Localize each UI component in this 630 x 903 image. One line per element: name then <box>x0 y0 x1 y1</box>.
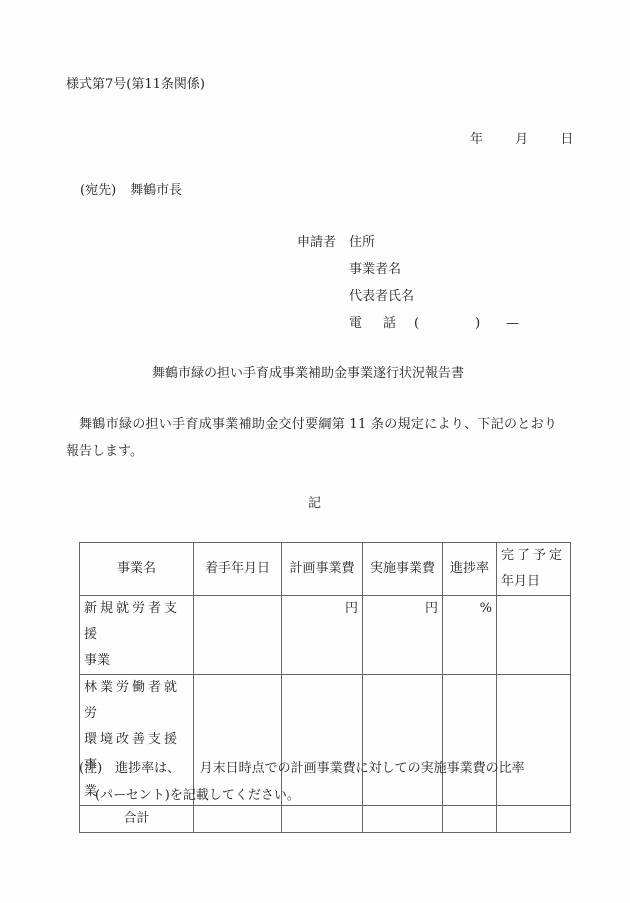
ki-heading: 記 <box>308 497 321 510</box>
header-completion-date: 完了予定 年月日 <box>497 543 571 596</box>
total-planned-cost[interactable] <box>282 806 363 833</box>
percent-unit: % <box>480 601 492 616</box>
addressee: (宛先)舞鶴市長 <box>80 184 182 197</box>
total-progress-rate[interactable] <box>443 806 497 833</box>
document-title: 舞鶴市緑の担い手育成事業補助金事業遂行状況報告書 <box>152 367 464 380</box>
header-completion-line1: 完了予定 <box>501 543 566 569</box>
row1-completion-date[interactable] <box>497 596 571 675</box>
row1-business-name: 新規就労者支援 事業 <box>80 596 194 675</box>
addressee-name: 舞鶴市長 <box>130 183 182 198</box>
table-header-row: 事業名 着手年月日 計画事業費 実施事業費 進捗率 完了予定 年月日 <box>80 543 571 596</box>
header-planned-cost: 計画事業費 <box>282 543 363 596</box>
date-year: 年 <box>470 133 483 146</box>
total-completion-date[interactable] <box>497 806 571 833</box>
header-completion-line2: 年月日 <box>501 569 566 595</box>
row2-start-date[interactable] <box>194 675 282 806</box>
header-actual-cost: 実施事業費 <box>363 543 443 596</box>
table-row: 林業労働者就労 環境改善支援事 業 <box>80 675 571 806</box>
date-line: 年 月 日 <box>470 133 573 146</box>
body-text-line1: 舞鶴市緑の担い手育成事業補助金交付要綱第 11 条の規定により、下記のとおり <box>79 418 557 431</box>
phone-open-paren: ( <box>414 316 419 331</box>
row1-start-date[interactable] <box>194 596 282 675</box>
phone-dash: — <box>506 316 519 331</box>
applicant-address-label: 住所 <box>349 236 375 249</box>
row2-completion-date[interactable] <box>497 675 571 806</box>
row2-planned-cost[interactable] <box>282 675 363 806</box>
table-total-row: 合計 <box>80 806 571 833</box>
applicant-business-name-label: 事業者名 <box>349 263 401 276</box>
body-text-line2: 報告します。 <box>66 445 143 458</box>
yen-unit: 円 <box>425 601 438 616</box>
note-line2: (パーセント)を記載してください。 <box>95 789 300 802</box>
total-actual-cost[interactable] <box>363 806 443 833</box>
row2-business-name: 林業労働者就労 環境改善支援事 業 <box>80 675 194 806</box>
header-start-date: 着手年月日 <box>194 543 282 596</box>
header-business-name: 事業名 <box>80 543 194 596</box>
yen-unit: 円 <box>345 601 358 616</box>
row1-planned-cost[interactable]: 円 <box>282 596 363 675</box>
row2-actual-cost[interactable] <box>363 675 443 806</box>
date-day: 日 <box>560 133 573 146</box>
phone-label: 電 話 <box>349 316 400 331</box>
row2-progress-rate[interactable] <box>443 675 497 806</box>
row1-progress-rate[interactable]: % <box>443 596 497 675</box>
date-month: 月 <box>515 133 528 146</box>
addressee-label: (宛先) <box>80 183 116 198</box>
note-line1: (注) 進捗率は、 月末日時点での計画事業費に対しての実施事業費の比率 <box>79 762 525 775</box>
phone-close-paren: ) <box>475 316 480 331</box>
row1-actual-cost[interactable]: 円 <box>363 596 443 675</box>
applicant-representative-label: 代表者氏名 <box>349 290 414 303</box>
row1-name-line1: 新規就労者支援 <box>84 596 189 648</box>
row2-name-line1: 林業労働者就労 <box>84 675 189 727</box>
applicant-phone-line: 電 話()— <box>349 317 519 330</box>
row1-name-line2: 事業 <box>84 648 189 674</box>
total-start-date[interactable] <box>194 806 282 833</box>
form-number: 様式第7号(第11条関係) <box>66 78 205 91</box>
applicant-label: 申請者 <box>297 236 336 249</box>
table-row: 新規就労者支援 事業 円 円 % <box>80 596 571 675</box>
total-label: 合計 <box>80 806 194 833</box>
header-progress-rate: 進捗率 <box>443 543 497 596</box>
